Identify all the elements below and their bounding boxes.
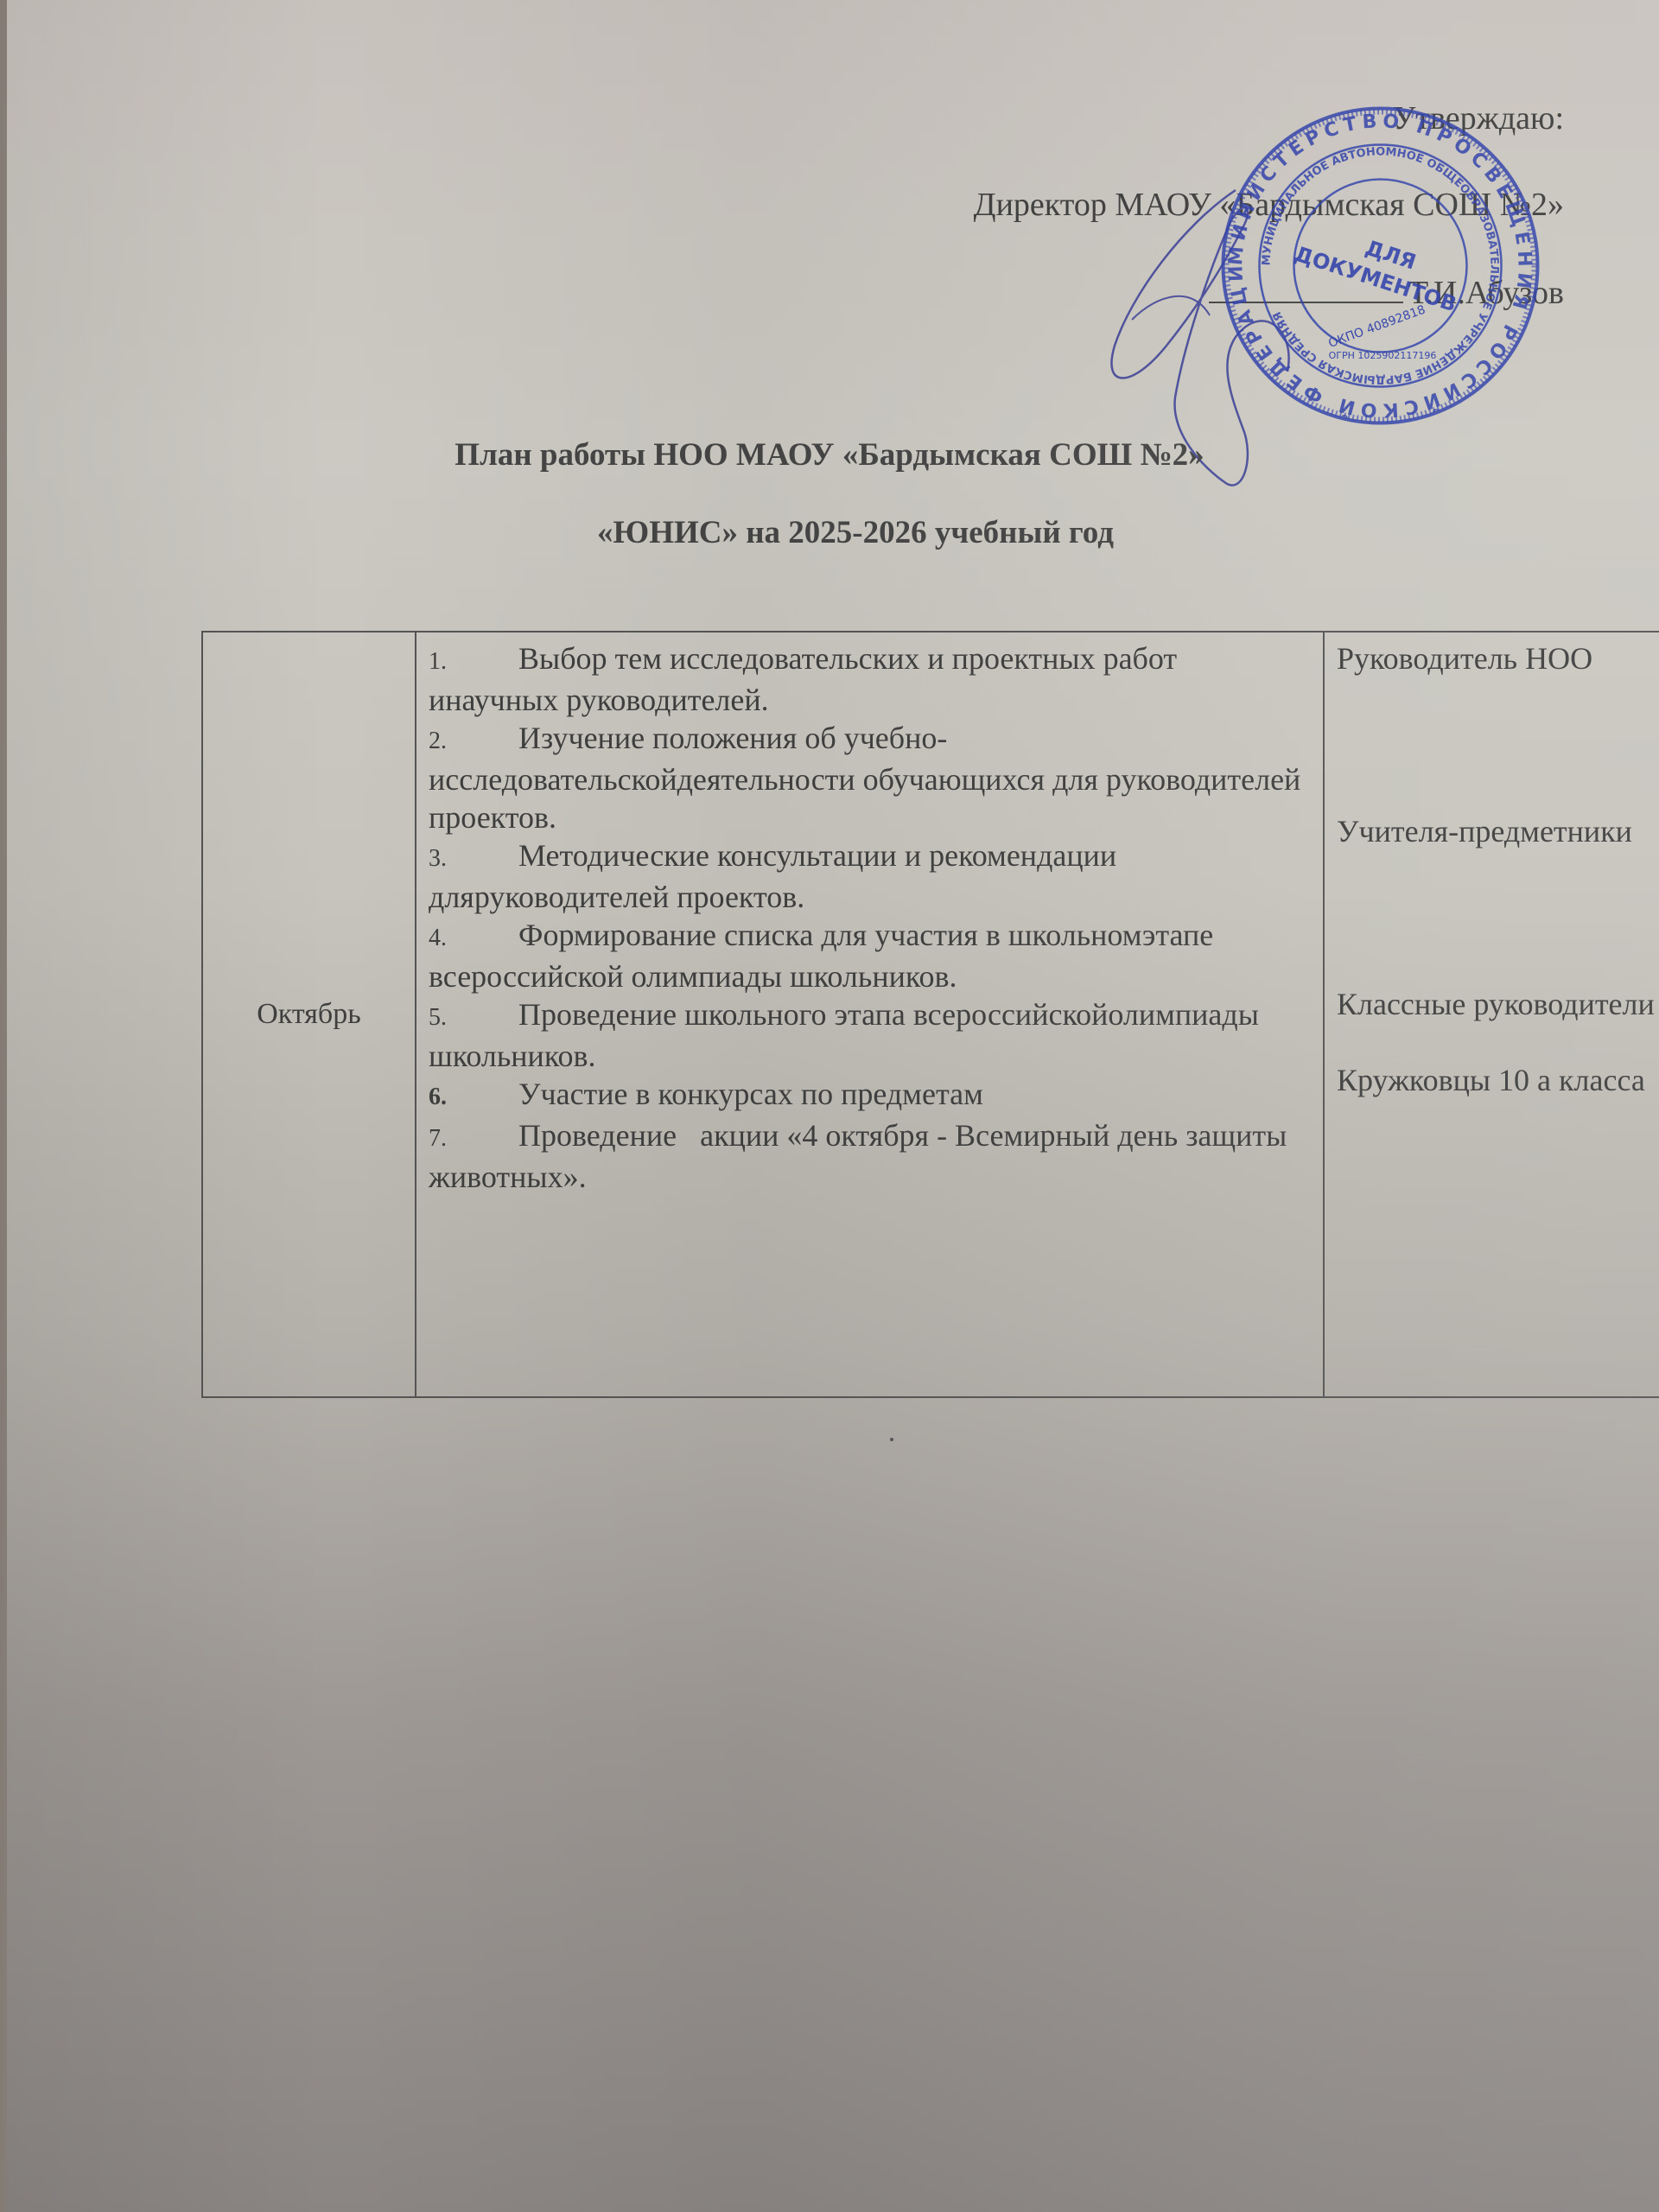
task-item: 2.Изучение положения об учебно-исследова… xyxy=(429,719,1314,836)
responsible-item: Руководитель НОО xyxy=(1337,639,1659,677)
ink-speck xyxy=(890,1438,893,1441)
responsible-item: Учителя-предметники xyxy=(1337,812,1659,850)
task-item: 1.Выбор тем исследовательских и проектны… xyxy=(429,639,1314,719)
table-row: Октябрь 1.Выбор тем исследовательских и … xyxy=(202,632,1659,1397)
task-item: 7.Проведение акции «4 октября - Всемирны… xyxy=(429,1116,1314,1196)
responsible-cell: Руководитель НОО Учителя-предметники Кла… xyxy=(1324,632,1659,1397)
tasks-cell: 1.Выбор тем исследовательских и проектны… xyxy=(416,632,1324,1397)
document-title-line2: «ЮНИС» на 2025-2026 учебный год xyxy=(26,514,1659,551)
plan-table: Октябрь 1.Выбор тем исследовательских и … xyxy=(201,631,1659,1398)
stamp-ogrn: ОГРН 1025902117196 xyxy=(1329,350,1437,361)
task-item: 5.Проведение школьного этапа всероссийск… xyxy=(429,995,1314,1075)
responsible-item: Классные руководители xyxy=(1337,985,1659,1023)
official-stamp: МИНИСТЕРСТВО ПРОСВЕЩЕНИЯ РОССИЙСКОЙ ФЕДЕ… xyxy=(1218,104,1542,428)
task-item: 4.Формирование списка для участия в школ… xyxy=(429,916,1314,995)
responsible-item: Кружковцы 10 а класса xyxy=(1337,1061,1659,1099)
task-item: 6.Участие в конкурсах по предметам xyxy=(429,1075,1314,1116)
document-title-line1: План работы НОО МАОУ «Бардымская СОШ №2» xyxy=(0,436,1659,474)
month-cell: Октябрь xyxy=(202,632,416,1397)
task-item: 3.Методические консультации и рекомендац… xyxy=(429,836,1314,916)
stamp-okpo: ОКПО 40892818 xyxy=(1326,303,1427,351)
page-edge xyxy=(0,0,7,2212)
